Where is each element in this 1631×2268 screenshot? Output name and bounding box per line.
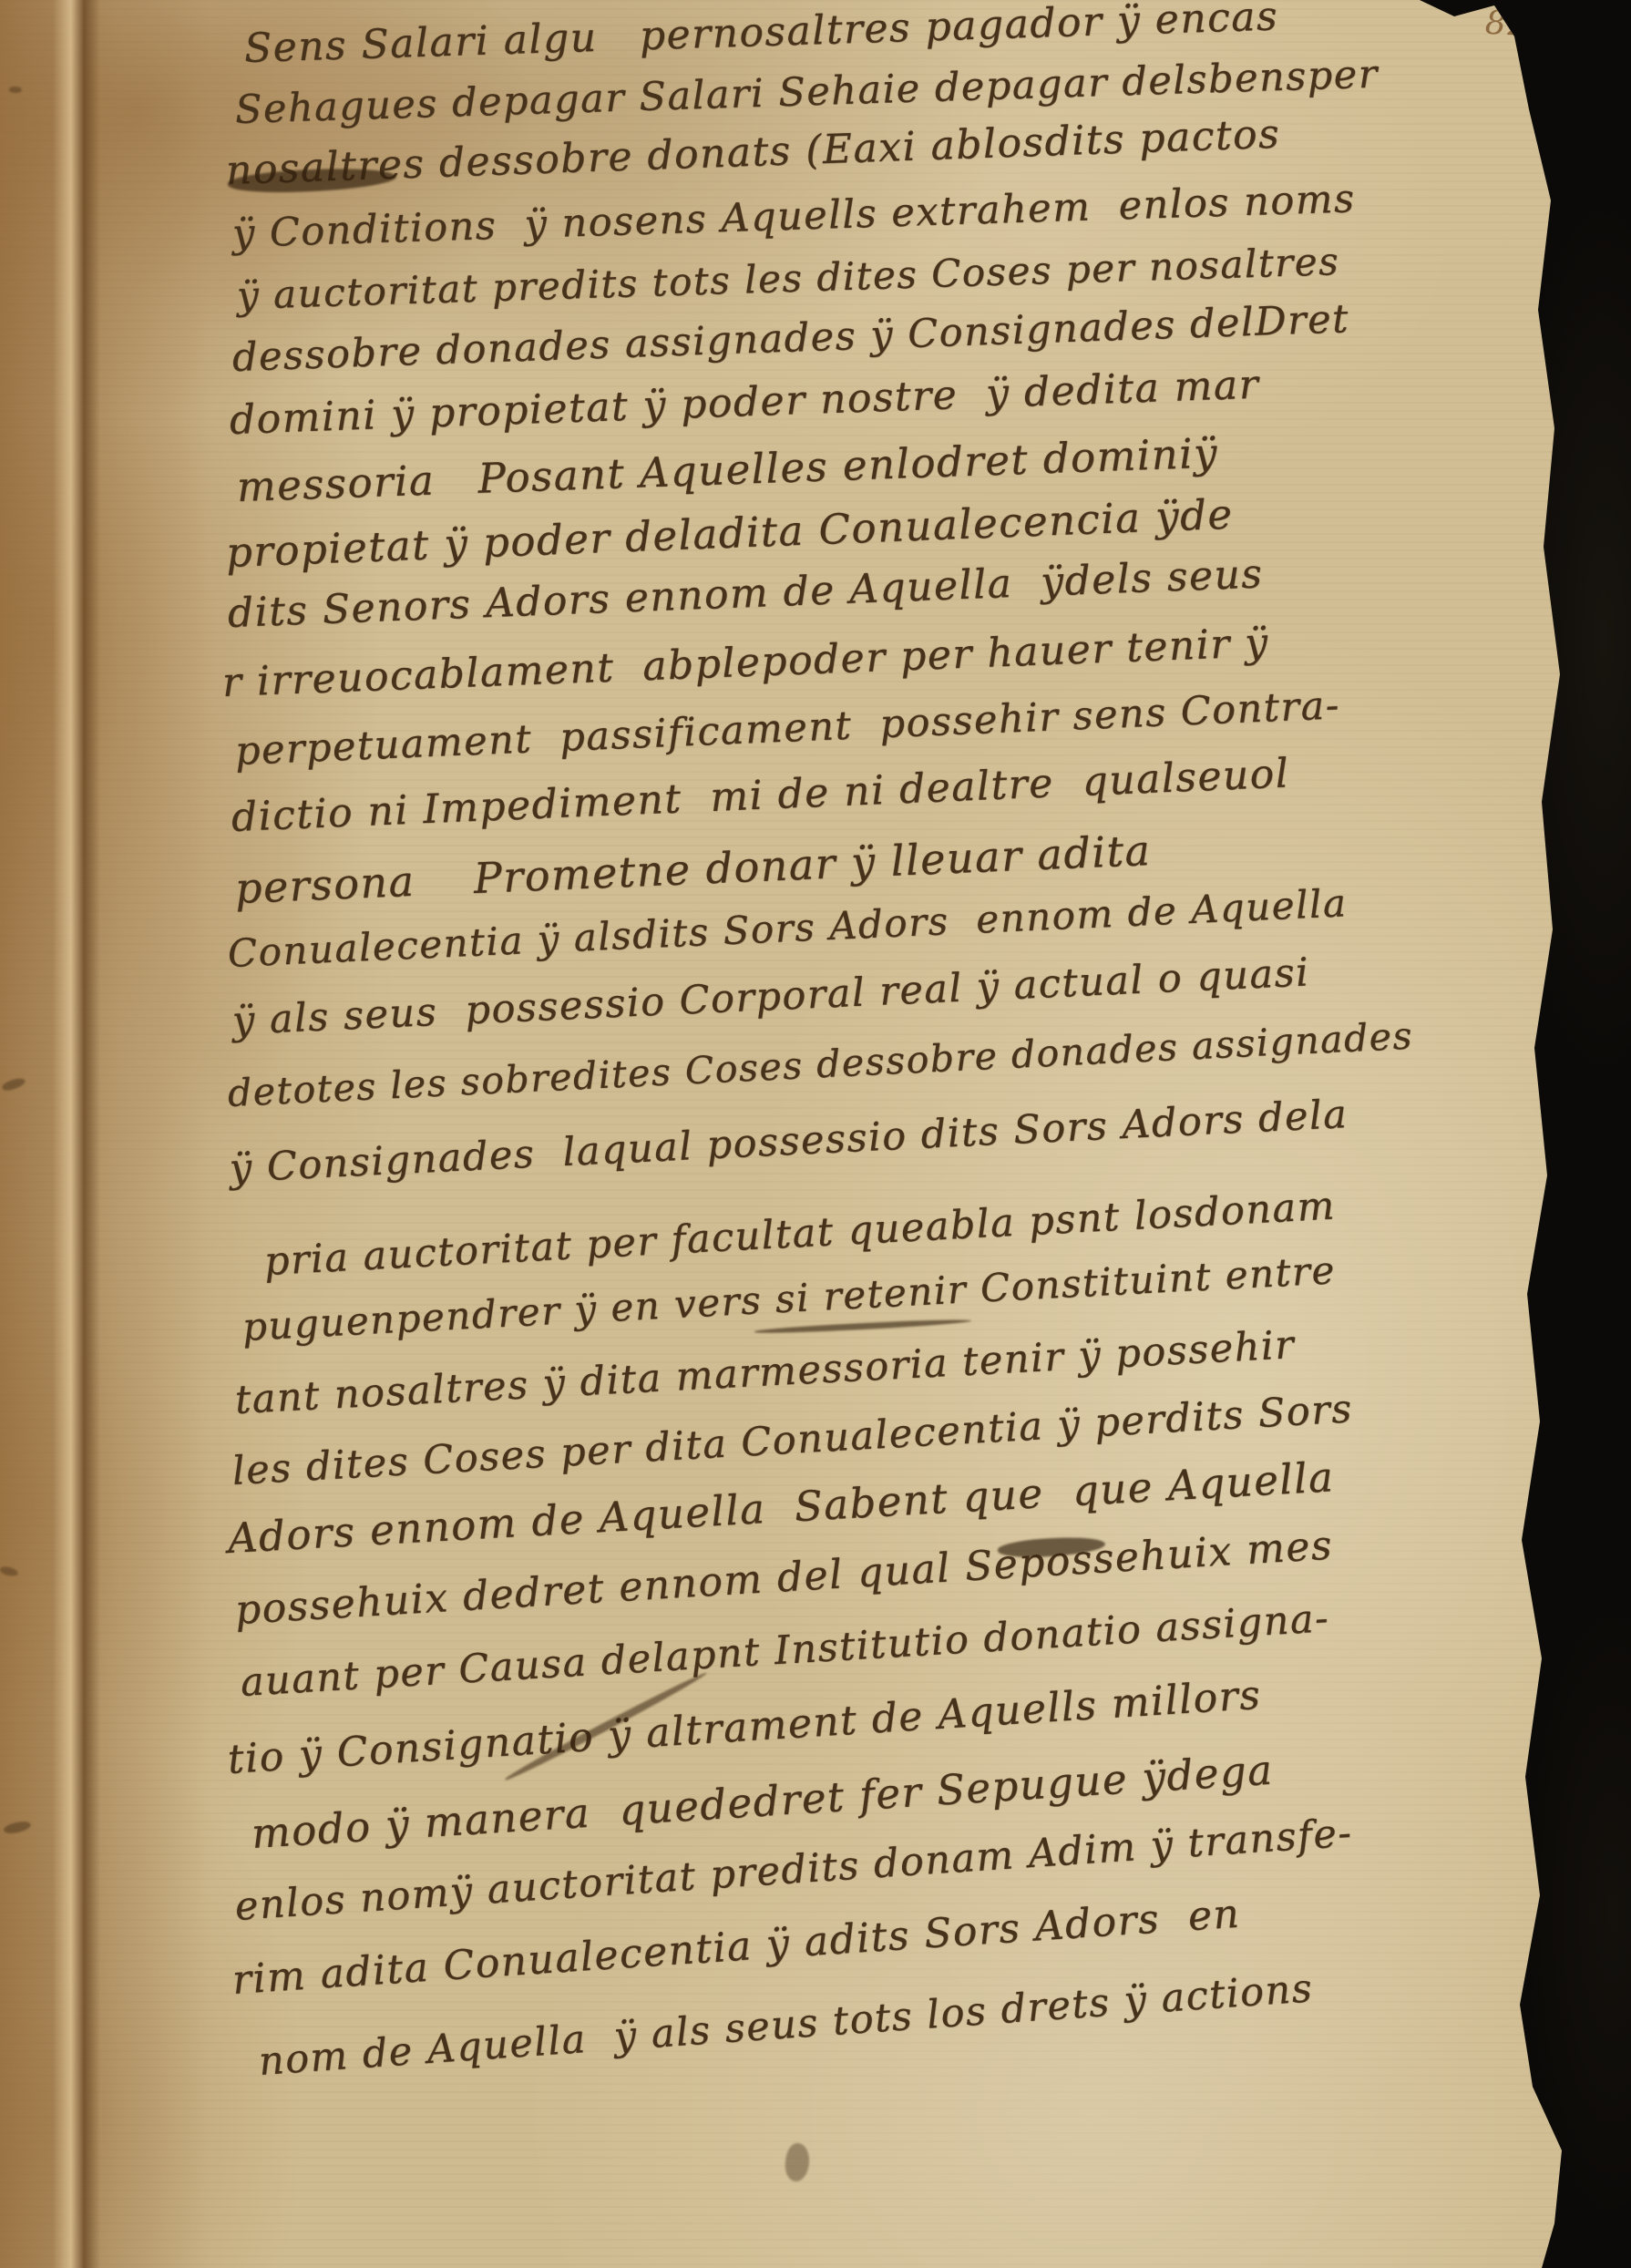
ink-blot: [0, 1565, 19, 1577]
ink-blot: [3, 1820, 32, 1836]
photo-background: 82 Sens Salari algu pernosaltres pagador…: [0, 0, 1631, 2268]
binding-gutter: [0, 0, 210, 2268]
manuscript-page: 82 Sens Salari algu pernosaltres pagador…: [0, 0, 1631, 2268]
fold-ridge: [53, 0, 100, 2268]
ink-blot: [9, 87, 22, 93]
ink-blot: [1, 1076, 26, 1093]
page-number: 82: [1484, 5, 1532, 45]
ink-blot: [783, 2141, 812, 2182]
